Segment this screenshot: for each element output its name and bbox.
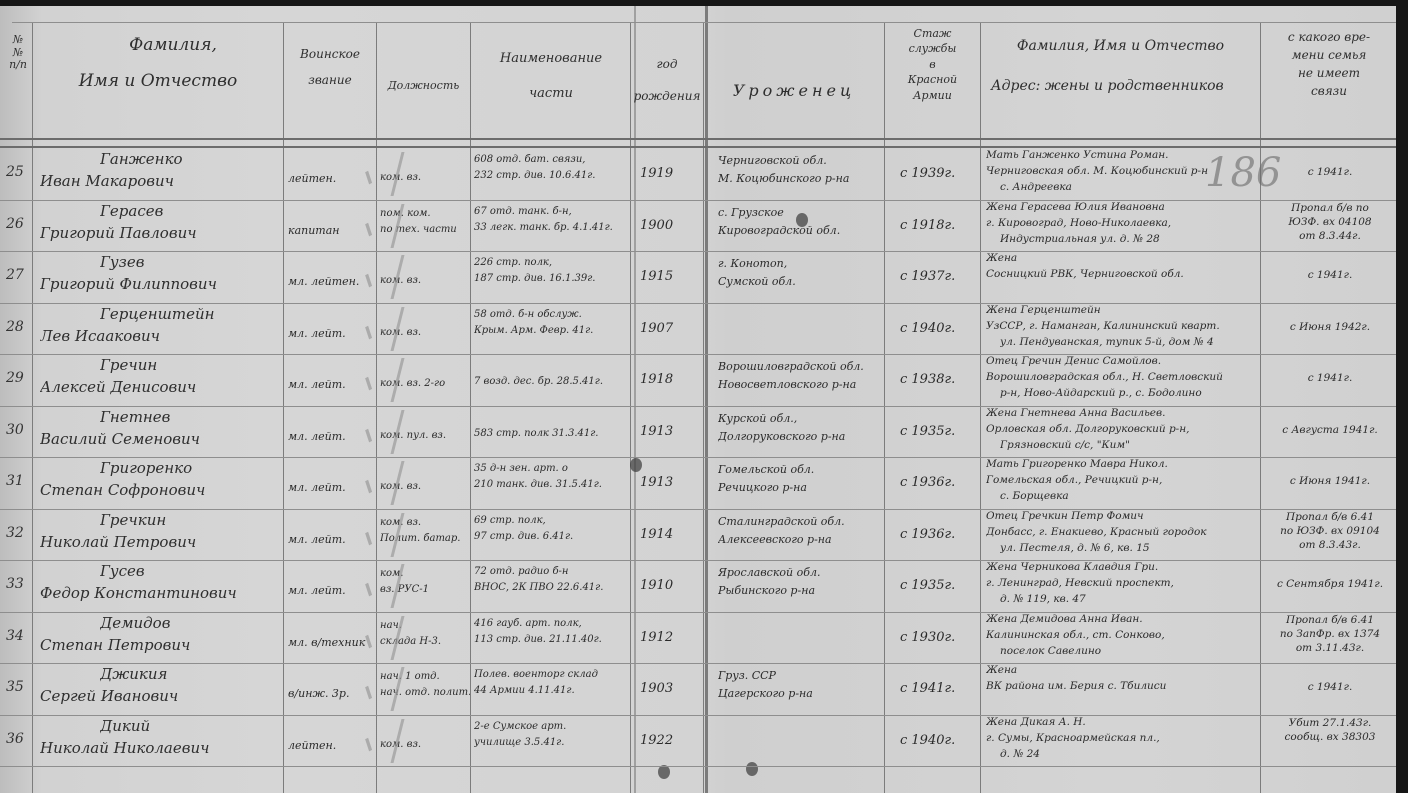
scan-border-top	[0, 0, 1408, 6]
surname: Дикий	[100, 717, 280, 736]
given-names: Федор Константинович	[40, 584, 283, 603]
unit-line-2: 210 танк. див. 31.5.41г.	[474, 479, 629, 492]
relative-address-1: Орловская обл. Долгоруковский р-н,	[986, 423, 1258, 436]
relative-name: Жена Герасева Юлия Ивановна	[986, 201, 1258, 214]
unit-line-1: 35 д-н зен. арт. о	[474, 463, 629, 476]
unit-line-1: 72 отд. радио б-н	[474, 566, 629, 579]
origin-line-1: г. Конотоп,	[718, 257, 883, 271]
relative-address-2: с. Андреевка	[1000, 181, 1258, 194]
check-mark	[365, 152, 405, 196]
unit-line-2: 232 стр. див. 10.6.41г.	[474, 170, 629, 183]
relative-address-1: Донбасс, г. Енакиево, Красный городок	[986, 526, 1258, 539]
relative-address-2: ул. Пестеля, д. № 6, кв. 15	[1000, 542, 1258, 555]
birth-year: 1913	[640, 475, 700, 491]
military-rank: мл. лейт.	[288, 584, 374, 598]
origin-line-2: Кировоградской обл.	[718, 224, 883, 238]
given-names: Григорий Филиппович	[40, 275, 283, 294]
origin-line-2: Долгоруковского р-на	[718, 430, 883, 444]
row-number: 36	[6, 731, 32, 749]
birth-year: 1914	[640, 527, 700, 543]
military-rank: капитан	[288, 224, 374, 238]
row-number: 31	[6, 473, 32, 491]
military-rank: мл. лейт.	[288, 533, 374, 547]
row-number: 34	[6, 628, 32, 646]
header-origin: Уроженец	[704, 82, 884, 100]
surname: Гнетнев	[100, 408, 280, 427]
relative-address-2: Индустриальная ул. д. № 28	[1000, 233, 1258, 246]
given-names: Степан Петрович	[40, 636, 283, 655]
row-divider	[0, 766, 1398, 767]
unit-line-1: 69 стр. полк,	[474, 515, 629, 528]
surname: Герценштейн	[100, 305, 280, 324]
unit-line-2: училище 3.5.41г.	[474, 737, 629, 750]
relative-address-1: УзССР, г. Наманган, Калининский кварт.	[986, 320, 1258, 333]
paper-hole	[630, 458, 642, 472]
given-names: Василий Семенович	[40, 430, 283, 449]
service-since: с 1940г.	[900, 733, 980, 749]
service-since: с 1939г.	[900, 166, 980, 182]
relative-name: Жена	[986, 252, 1258, 265]
header-service: СтажслужбывКраснойАрмии	[885, 26, 980, 103]
origin-line-2: Алексеевского р-на	[718, 533, 883, 547]
no-contact-since: Убит 27.1.43г.	[1266, 717, 1394, 730]
no-contact-since: ЮЗФ. вх 04108	[1266, 216, 1394, 229]
relative-name: Жена Дикая А. Н.	[986, 716, 1258, 729]
header-num: №№п/п	[4, 34, 32, 72]
check-mark	[365, 719, 405, 763]
no-contact-since: с 1941г.	[1266, 681, 1394, 694]
service-since: с 1941г.	[900, 681, 980, 697]
unit-line-1: 608 отд. бат. связи,	[474, 154, 629, 167]
origin-line-1: Сталинградской обл.	[718, 515, 883, 529]
no-contact-since: Пропал б/в 6.41	[1266, 511, 1394, 524]
birth-year: 1913	[640, 424, 700, 440]
no-contact-since: с Сентября 1941г.	[1266, 578, 1394, 591]
military-rank: мл. лейт.	[288, 481, 374, 495]
birth-year: 1903	[640, 681, 700, 697]
birth-year: 1919	[640, 166, 700, 182]
origin-line-1: Черниговской обл.	[718, 154, 883, 168]
check-mark	[365, 410, 405, 454]
relative-name: Жена	[986, 664, 1258, 677]
given-names: Лев Исаакович	[40, 327, 283, 346]
no-contact-since: с Июня 1941г.	[1266, 475, 1394, 488]
no-contact-since: от 8.3.43г.	[1266, 539, 1394, 552]
relative-name: Отец Гречкин Петр Фомич	[986, 510, 1258, 523]
service-since: с 1930г.	[900, 630, 980, 646]
check-mark	[365, 255, 405, 299]
no-contact-since: с 1941г.	[1266, 269, 1394, 282]
paper-hole	[746, 762, 758, 776]
military-rank: мл. лейт.	[288, 327, 374, 341]
service-since: с 1936г.	[900, 527, 980, 543]
no-contact-since: с Июня 1942г.	[1266, 321, 1394, 334]
origin-line-1: Гомельской обл.	[718, 463, 883, 477]
military-rank: мл. лейтен.	[288, 275, 374, 289]
military-rank: лейтен.	[288, 172, 374, 186]
unit-line-2: 187 стр. див. 16.1.39г.	[474, 273, 629, 286]
origin-line-2: Речицкого р-на	[718, 481, 883, 495]
relative-name: Мать Ганженко Устина Роман.	[986, 149, 1258, 162]
given-names: Григорий Павлович	[40, 224, 283, 243]
no-contact-since: от 3.11.43г.	[1266, 642, 1394, 655]
relative-address-2: д. № 24	[1000, 748, 1258, 761]
birth-year: 1915	[640, 269, 700, 285]
surname: Гречин	[100, 356, 280, 375]
unit-line-2: ВНОС, 2К ПВО 22.6.41г.	[474, 582, 629, 595]
unit-line-1: Полев. военторг склад	[474, 669, 629, 682]
row-number: 32	[6, 525, 32, 543]
check-mark	[365, 204, 405, 248]
birth-year: 1918	[640, 372, 700, 388]
grid-line	[12, 22, 1398, 23]
header-position: Должность	[377, 80, 470, 93]
row-number: 28	[6, 319, 32, 337]
no-contact-since: с 1941г.	[1266, 372, 1394, 385]
unit-line-2: 7 возд. дес. бр. 28.5.41г.	[474, 376, 629, 389]
header-relatives: Фамилия, Имя и ОтчествоАдрес: жены и род…	[981, 38, 1260, 94]
relative-address-1: Ворошиловградская обл., Н. Светловский	[986, 371, 1258, 384]
relative-address-1: Калининская обл., ст. Сонково,	[986, 629, 1258, 642]
surname: Ганженко	[100, 150, 280, 169]
birth-year: 1900	[640, 218, 700, 234]
check-mark	[365, 461, 405, 505]
paper-hole	[658, 765, 670, 779]
service-since: с 1935г.	[900, 424, 980, 440]
military-rank: в/инж. 3р.	[288, 687, 374, 701]
relative-address-1: г. Ленинград, Невский проспект,	[986, 577, 1258, 590]
header-rank: Воинскоезвание	[284, 48, 376, 88]
given-names: Степан Софронович	[40, 481, 283, 500]
given-names: Сергей Иванович	[40, 687, 283, 706]
relative-name: Мать Григоренко Мавра Никол.	[986, 458, 1258, 471]
surname: Гузев	[100, 253, 280, 272]
origin-line-2: М. Коцюбинского р-на	[718, 172, 883, 186]
given-names: Иван Макарович	[40, 172, 283, 191]
header-unit: Наименованиечасти	[471, 52, 631, 102]
row-number: 33	[6, 576, 32, 594]
given-names: Николай Николаевич	[40, 739, 283, 758]
origin-line-1: Груз. ССР	[718, 669, 883, 683]
surname: Демидов	[100, 614, 280, 633]
row-number: 25	[6, 164, 32, 182]
unit-line-1: 58 отд. б-н обслуж.	[474, 309, 629, 322]
header-rule	[0, 146, 1398, 148]
relative-address-1: Гомельская обл., Речицкий р-н,	[986, 474, 1258, 487]
relative-address-2: д. № 119, кв. 47	[1000, 593, 1258, 606]
row-number: 26	[6, 216, 32, 234]
service-since: с 1937г.	[900, 269, 980, 285]
military-rank: мл. лейт.	[288, 430, 374, 444]
paper-tear	[705, 0, 708, 793]
unit-line-1: 67 отд. танк. б-н,	[474, 206, 629, 219]
no-contact-since: от 8.3.44г.	[1266, 230, 1394, 243]
birth-year: 1912	[640, 630, 700, 646]
given-names: Алексей Денисович	[40, 378, 283, 397]
relative-address-1: Черниговская обл. М. Коцюбинский р-н	[986, 165, 1258, 178]
origin-line-2: Цагерского р-на	[718, 687, 883, 701]
unit-line-1: 226 стр. полк,	[474, 257, 629, 270]
origin-line-2: Рыбинского р-на	[718, 584, 883, 598]
relative-name: Жена Демидова Анна Иван.	[986, 613, 1258, 626]
no-contact-since: с 1941г.	[1266, 166, 1394, 179]
origin-line-2: Новосветловского р-на	[718, 378, 883, 392]
origin-line-1: Ярославской обл.	[718, 566, 883, 580]
no-contact-since: с Августа 1941г.	[1266, 424, 1394, 437]
service-since: с 1936г.	[900, 475, 980, 491]
relative-address-2: Грязновский с/с, "Ким"	[1000, 439, 1258, 452]
check-mark	[365, 667, 405, 711]
scan-border-right	[1396, 0, 1408, 793]
military-rank: мл. в/техник	[288, 636, 374, 650]
no-contact-since: Пропал б/в 6.41	[1266, 614, 1394, 627]
service-since: с 1935г.	[900, 578, 980, 594]
surname: Джикия	[100, 665, 280, 684]
relative-address-2: р-н, Ново-Айдарский р., с. Бодолино	[1000, 387, 1258, 400]
relative-name: Жена Гнетнева Анна Васильев.	[986, 407, 1258, 420]
unit-line-2: 44 Армии 4.11.41г.	[474, 685, 629, 698]
no-contact-since: по ЮЗФ. вх 09104	[1266, 525, 1394, 538]
row-number: 27	[6, 267, 32, 285]
unit-line-2: 33 легк. танк. бр. 4.1.41г.	[474, 222, 629, 235]
header-no-contact: с какого вре-мени семьяне имеетсвязи	[1261, 28, 1397, 100]
relative-address-1: ВК района им. Берия с. Тбилиси	[986, 680, 1258, 693]
birth-year: 1907	[640, 321, 700, 337]
header-birth-year: годрождения	[631, 58, 703, 104]
relative-name: Отец Гречин Денис Самойлов.	[986, 355, 1258, 368]
origin-line-1: Ворошиловградской обл.	[718, 360, 883, 374]
unit-line-1: 416 гауб. арт. полк,	[474, 618, 629, 631]
given-names: Николай Петрович	[40, 533, 283, 552]
unit-line-2: 583 стр. полк 31.3.41г.	[474, 428, 629, 441]
surname: Гусев	[100, 562, 280, 581]
row-number: 30	[6, 422, 32, 440]
no-contact-since: Пропал б/в по	[1266, 202, 1394, 215]
header-name: Фамилия, Имя и Отчество	[34, 36, 282, 91]
unit-line-1: 2-е Сумское арт.	[474, 721, 629, 734]
relative-address-2: поселок Савелино	[1000, 645, 1258, 658]
surname: Герасев	[100, 202, 280, 221]
relative-name: Жена Черникова Клавдия Гри.	[986, 561, 1258, 574]
unit-line-2: Крым. Арм. Февр. 41г.	[474, 325, 629, 338]
check-mark	[365, 513, 405, 557]
origin-line-2: Сумской обл.	[718, 275, 883, 289]
military-rank: лейтен.	[288, 739, 374, 753]
no-contact-since: сообщ. вх 38303	[1266, 731, 1394, 744]
service-since: с 1938г.	[900, 372, 980, 388]
relative-name: Жена Герценштейн	[986, 304, 1258, 317]
check-mark	[365, 564, 405, 608]
row-number: 35	[6, 679, 32, 697]
check-mark	[365, 358, 405, 402]
origin-line-1: с. Грузское	[718, 206, 883, 220]
relative-address-2: ул. Пендуванская, тупик 5-й, дом № 4	[1000, 336, 1258, 349]
unit-line-2: 97 стр. див. 6.41г.	[474, 531, 629, 544]
relative-address-2: с. Борщевка	[1000, 490, 1258, 503]
header-rule	[0, 138, 1398, 140]
origin-line-1: Курской обл.,	[718, 412, 883, 426]
service-since: с 1940г.	[900, 321, 980, 337]
relative-address-1: г. Сумы, Красноармейская пл.,	[986, 732, 1258, 745]
no-contact-since: по ЗапФр. вх 1374	[1266, 628, 1394, 641]
service-since: с 1918г.	[900, 218, 980, 234]
birth-year: 1922	[640, 733, 700, 749]
birth-year: 1910	[640, 578, 700, 594]
military-rank: мл. лейт.	[288, 378, 374, 392]
archival-register-sheet: №№п/п Фамилия, Имя и Отчество Воинскоезв…	[0, 0, 1398, 793]
relative-address-1: г. Кировоград, Ново-Николаевка,	[986, 217, 1258, 230]
relative-address-1: Сосницкий РВК, Черниговской обл.	[986, 268, 1258, 281]
unit-line-2: 113 стр. див. 21.11.40г.	[474, 634, 629, 647]
surname: Григоренко	[100, 459, 280, 478]
check-mark	[365, 307, 405, 351]
row-number: 29	[6, 370, 32, 388]
check-mark	[365, 616, 405, 660]
paper-fold	[634, 0, 636, 793]
surname: Гречкин	[100, 511, 280, 530]
